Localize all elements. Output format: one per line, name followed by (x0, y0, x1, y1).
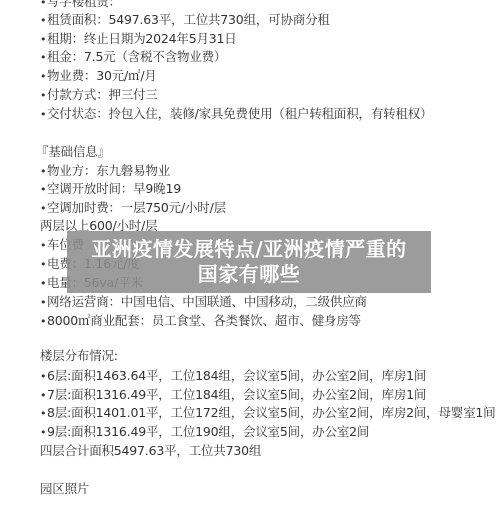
lease-item-term: 租期：终止日期为2024年5月31日 (40, 31, 237, 48)
basic-info-item: 空调开放时间：早9晚19 (40, 181, 181, 198)
lease-item-property-fee: 物业费：30元/㎡/月 (40, 68, 157, 85)
floor-item: 9层:面积1316.49平，工位190组，会议室5间，办公室2间 (40, 424, 369, 441)
item-value: 终止日期为2024年5月31日 (84, 31, 237, 46)
lease-item-delivery: 交付状态：拎包入住，装修/家具免费使用（租户转租面积，有转租权） (40, 106, 432, 123)
overlay-title-line2: 国家有哪些 (198, 262, 301, 287)
item-value: 押三付三 (109, 87, 158, 102)
item-label: 交付状态 (47, 106, 96, 121)
item-value: 5497.63平，工位共730组，可协商分租 (109, 12, 330, 27)
basic-info-heading: 『基础信息』 (36, 144, 110, 160)
item-label: 物业费 (47, 68, 84, 83)
floor-item: 7层:面积1316.49平，工位184组，会议室5间，办公室2间，库房1间 (40, 387, 426, 404)
lease-item-rent: 租金：7.5元（含税不含物业费） (40, 49, 226, 66)
item-value: 30元/㎡/月 (96, 68, 156, 83)
basic-info-item: 8000㎡商业配套：员工食堂、各类餐饮、超市、健身房等 (40, 313, 361, 330)
item-value: 拎包入住，装修/家具免费使用（租户转租面积，有转租权） (109, 106, 433, 121)
item-label: 租期 (47, 31, 72, 46)
item-label: 付款方式 (47, 87, 96, 102)
lease-item-payment: 付款方式：押三付三 (40, 87, 158, 104)
lease-heading-text: 写字楼租赁： (47, 0, 121, 9)
item-value: 7.5元（含税不含物业费） (84, 49, 226, 64)
floor-item: 6层:面积1463.64平，工位184组，会议室5间，办公室2间，库房1间 (40, 368, 426, 385)
lease-heading: 写字楼租赁： (40, 0, 121, 11)
basic-info-item: 空调加时费：一层750元/小时/层 (40, 200, 226, 217)
photos-heading: 园区照片 (40, 481, 89, 497)
basic-info-item: 网络运营商：中国电信、中国联通、中国移动，二级供应商 (40, 294, 367, 311)
lease-item-area: 租赁面积：5497.63平，工位共730组，可协商分租 (40, 12, 330, 29)
floor-item: 8层:面积1401.01平，工位172组，会议室5间，办公室2间，库房2间，母婴… (40, 405, 495, 422)
title-overlay-banner: 亚洲疫情发展特点/亚洲疫情严重的 国家有哪些 (67, 231, 431, 293)
basic-info-item: 物业方：东九磐易物业 (40, 163, 170, 180)
floor-heading: 楼层分布情况: (40, 348, 118, 364)
overlay-title-line1: 亚洲疫情发展特点/亚洲疫情严重的 (91, 237, 406, 262)
floor-total: 四层合计面积5497.63平，工位共730组 (40, 443, 261, 459)
item-label: 租金 (47, 49, 72, 64)
item-label: 租赁面积 (47, 12, 96, 27)
